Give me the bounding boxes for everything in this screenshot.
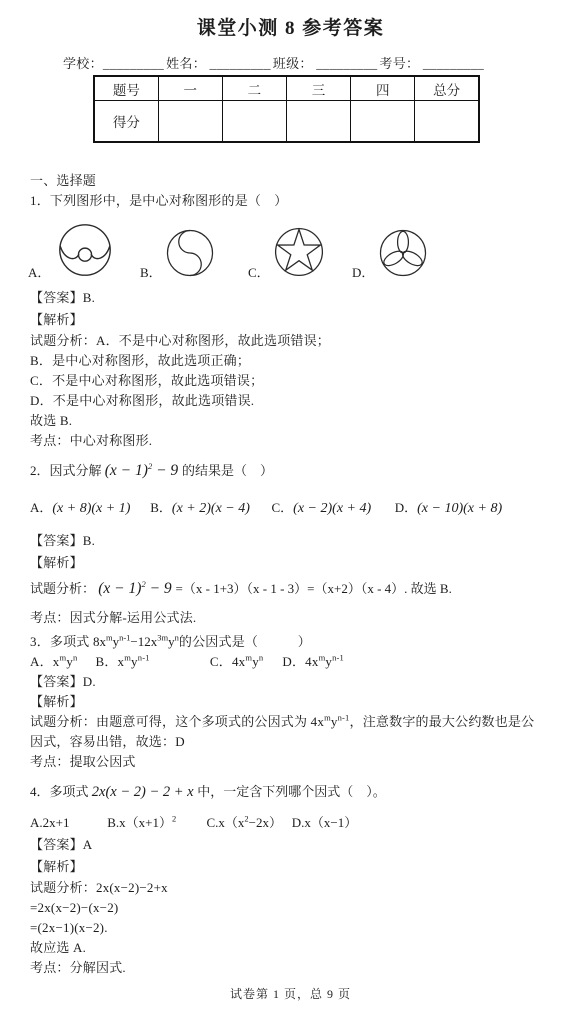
q2-option-b-label: B． (150, 500, 172, 515)
q3-option-d: D．4xmyn-1 (282, 652, 344, 672)
q3-option-c-term: 4x (232, 654, 245, 669)
q4-option-b-exp: 2 (172, 814, 176, 824)
q3-analysis-line2: 因式，容易出错，故选：D (30, 732, 551, 752)
q3-af-exp: n-1 (338, 713, 350, 723)
q3-option-b-label: B． (95, 654, 117, 669)
score-table-header-cell: 总分 (415, 76, 479, 101)
q3-analysis-line: 试题分析：由题意可得，这个多项式的公因式为 4xmyn-1，注意数字的最大公约数… (30, 712, 551, 732)
page-content: 课堂小测 8 参考答案 学校：_________ 姓名： _________ 班… (0, 0, 581, 978)
score-table: 题号 一 二 三 四 总分 得分 (93, 75, 480, 143)
q3-analysis-formula: 4xmyn-1 (311, 714, 350, 729)
q3-stem: 3．多项式 8xmyn-1−12x3myn的公因式是（ ） (30, 632, 551, 652)
q1-figure-row: A． B． C． D． (30, 211, 551, 287)
q1-analysis-line: D．不是中心对称图形，故此选项错误. (30, 391, 551, 411)
q4-option-c: C.x（x2−2x） (207, 812, 289, 834)
q3-analysis-suffix: ，注意数字的最大公约数也是公 (350, 714, 535, 729)
q3-answer: 【答案】D. (30, 672, 551, 692)
score-row-label: 得分 (94, 101, 158, 143)
q1-conclusion: 故选 B. (30, 411, 551, 431)
q3-option-a-term: x (53, 654, 60, 669)
q2-kaodian: 考点：因式分解-运用公式法. (30, 608, 551, 628)
student-info-line: 学校：_________ 姓名： _________ 班级： _________… (63, 53, 551, 72)
q4-options-row: A.2x+1 B.x（x+1）2 C.x（x2−2x） D.x（x−1） (30, 812, 551, 834)
score-table-header-cell: 三 (286, 76, 350, 101)
q3-option-d-term: 4x (305, 654, 318, 669)
q1-figure-b-yinyang-circle-image (165, 227, 215, 279)
score-table-header-cell: 题号 (94, 76, 158, 101)
q4-stem: 4．多项式 2x(x − 2) − 2 + x 中，一定含下列哪个因式（ ）。 (30, 780, 551, 804)
score-cell (415, 101, 479, 143)
q2-answer: 【答案】B. (30, 530, 551, 552)
q3-option-b-exp: n-1 (138, 653, 150, 663)
name-field: 姓名： _________ (166, 53, 271, 72)
q2-option-c-label: C． (272, 500, 294, 515)
q3-option-c-exp: n (259, 653, 263, 663)
q4-conclusion: 故应选 A. (30, 938, 551, 958)
q3-options-row: A．xmyn B．xmyn-1 C．4xmyn D．4xmyn-1 (30, 652, 551, 672)
q3-option-a-exp: n (73, 653, 77, 663)
q2-stem: 2．因式分解 (x − 1)2 − 9 的结果是（ ） (30, 457, 551, 485)
q4-stem-formula: 2x(x − 2) − 2 + x (92, 784, 197, 800)
score-cell (158, 101, 222, 143)
q1-analysis-label: 【解析】 (30, 309, 551, 331)
q3-af-term: 4x (311, 714, 324, 729)
score-cell (286, 101, 350, 143)
q2-option-a-formula: (x + 8)(x + 1) (52, 501, 130, 516)
q1-option-b-label: B． (140, 262, 162, 281)
q1-analysis-line: C．不是中心对称图形，故此选项错误； (30, 371, 551, 391)
class-field: 班级： _________ (273, 53, 378, 72)
q4-answer: 【答案】A (30, 834, 551, 856)
score-table-header-cell: 四 (351, 76, 415, 101)
q4-option-c-term: −2x） (249, 815, 282, 830)
q2-option-c: C．(x − 2)(x + 4) (272, 497, 392, 520)
q2-option-d-label: D． (395, 500, 417, 515)
score-cell (222, 101, 286, 143)
q3-analysis-label: 【解析】 (30, 692, 551, 712)
q4-option-a: A.2x+1 (30, 812, 104, 834)
q3-kaodian: 考点：提取公因式 (30, 752, 551, 772)
q1-analysis-line: 试题分析：A．不是中心对称图形，故此选项错误； (30, 331, 551, 351)
q3-f-exp: 3m (157, 633, 168, 643)
q4-option-d: D.x（x−1） (292, 812, 357, 834)
score-table-score-row: 得分 (94, 101, 479, 143)
q3-stem-prefix: 3．多项式 (30, 634, 93, 649)
q2-analysis-formula-base: (x − 1) (98, 580, 141, 597)
q2-option-d: D．(x − 10)(x + 8) (395, 497, 502, 520)
q1-option-a-label: A． (28, 262, 50, 281)
score-table-header-cell: 二 (222, 76, 286, 101)
q3-stem-suffix: 的公因式是（ ） (179, 634, 311, 649)
q2-analysis-formula-rest: − 9 (146, 580, 176, 597)
q1-figure-a-arcs-circle-image (57, 221, 113, 279)
q1-option-d-label: D． (352, 262, 374, 281)
q2-options-row: A．(x + 8)(x + 1) B．(x + 2)(x − 4) C．(x −… (30, 497, 551, 520)
q2-stem-suffix: 的结果是（ ） (182, 463, 273, 478)
exam-number-field: 考号： _________ (379, 53, 484, 72)
q3-option-a: A．xmyn (30, 652, 92, 672)
q3-f-exp: n-1 (119, 633, 130, 643)
section-1-heading: 一、选择题 (30, 171, 551, 191)
q3-option-a-label: A． (30, 654, 53, 669)
q1-figure-d-trefoil-circle-image (378, 227, 428, 279)
q3-formula: 8xmyn-1−12x3myn (93, 634, 179, 649)
exam-answer-sheet-page: 课堂小测 8 参考答案 学校：_________ 姓名： _________ 班… (0, 0, 581, 1024)
q3-option-b-term: y (131, 654, 138, 669)
q2-option-c-formula: (x − 2)(x + 4) (293, 501, 371, 516)
q4-option-b: B.x（x+1）2 (107, 812, 203, 834)
score-table-header-row: 题号 一 二 三 四 总分 (94, 76, 479, 101)
q2-analysis-prefix: 试题分析： (30, 581, 98, 596)
q3-option-c-term: y (252, 654, 259, 669)
q4-stem-prefix: 4．多项式 (30, 784, 89, 799)
q1-answer: 【答案】B. (30, 287, 551, 309)
q3-f-exp: m (106, 633, 113, 643)
q2-analysis-suffix: =（x - 1+3）（x - 1 - 3）=（x+2）（x - 4）. 故选 B… (176, 581, 452, 596)
q4-stem-suffix: 中，一定含下列哪个因式（ ）。 (197, 784, 386, 799)
q4-analysis-line: 试题分析：2x(x−2)−2+x (30, 878, 551, 898)
q4-analysis-line: =(2x−1)(x−2). (30, 918, 551, 938)
q2-option-b-formula: (x + 2)(x − 4) (172, 501, 250, 516)
q1-stem: 1．下列图形中，是中心对称图形的是（ ） (30, 191, 551, 211)
q2-analysis-line: 试题分析： (x − 1)2 − 9 =（x - 1+3）（x - 1 - 3）… (30, 574, 551, 604)
q3-f-term: 8x (93, 634, 106, 649)
q3-option-c: C．4xmyn (210, 652, 279, 672)
q1-option-c-label: C． (248, 262, 270, 281)
q3-option-d-label: D． (282, 654, 305, 669)
q3-option-d-exp: n-1 (332, 653, 344, 663)
q3-af-exp: m (324, 713, 331, 723)
score-cell (351, 101, 415, 143)
q4-kaodian: 考点：分解因式. (30, 958, 551, 978)
q3-analysis-prefix: 试题分析：由题意可得，这个多项式的公因式为 (30, 714, 311, 729)
q2-option-a: A．(x + 8)(x + 1) (30, 497, 147, 520)
q2-option-a-label: A． (30, 500, 52, 515)
q2-option-d-formula: (x − 10)(x + 8) (417, 501, 502, 516)
q3-option-c-label: C． (210, 654, 232, 669)
school-field: 学校：_________ (63, 53, 164, 72)
q2-analysis-label: 【解析】 (30, 552, 551, 574)
q1-figure-c-star-circle-image (273, 225, 325, 279)
score-table-header-cell: 一 (158, 76, 222, 101)
q3-f-term: −12x (130, 634, 157, 649)
q2-formula: (x − 1)2 − 9 (105, 462, 182, 479)
q2-formula-rest: − 9 (152, 462, 182, 479)
q2-analysis-formula: (x − 1)2 − 9 (98, 580, 175, 597)
q1-analysis-line: B．是中心对称图形，故此选项正确； (30, 351, 551, 371)
q3-option-a-term: y (66, 654, 73, 669)
page-footer: 试卷第 1 页，总 9 页 (0, 985, 581, 1002)
q4-analysis-label: 【解析】 (30, 856, 551, 878)
q4-analysis-line: =2x(x−2)−(x−2) (30, 898, 551, 918)
q2-option-b: B．(x + 2)(x − 4) (150, 497, 268, 520)
q2-stem-prefix: 2．因式分解 (30, 463, 102, 478)
q4-option-b-term: B.x（x+1） (107, 815, 172, 830)
q4-option-c-term: C.x（x (207, 815, 245, 830)
q2-formula-base: (x − 1) (105, 462, 148, 479)
page-title: 课堂小测 8 参考答案 (30, 0, 551, 40)
q1-kaodian: 考点：中心对称图形. (30, 431, 551, 451)
q3-option-b: B．xmyn-1 (95, 652, 206, 672)
q3-af-term: y (331, 714, 338, 729)
